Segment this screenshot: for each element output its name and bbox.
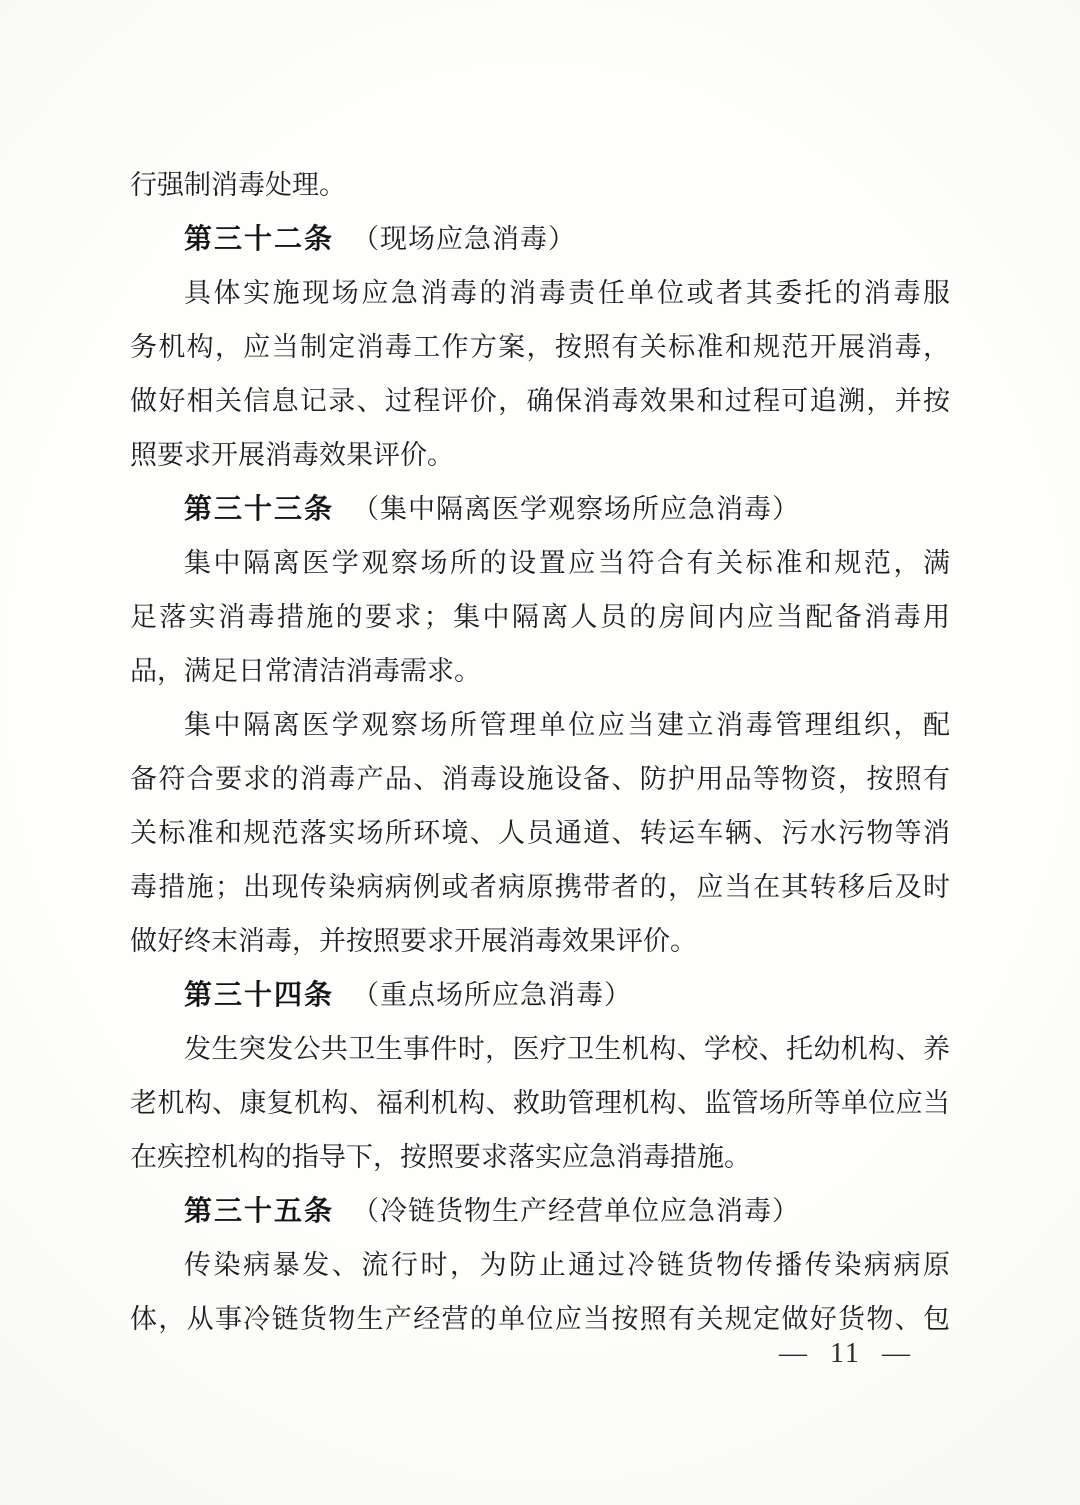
article-heading: 第三十三条（集中隔离医学观察场所应急消毒） (130, 482, 950, 536)
article-number: 第三十三条 (184, 493, 334, 524)
article-title: （重点场所应急消毒） (352, 980, 632, 1010)
article-number: 第三十四条 (184, 979, 334, 1010)
page-number: — 11 — (779, 1334, 912, 1374)
document-body: 行强制消毒处理。 第三十二条（现场应急消毒） 具体实施现场应急消毒的消毒责任单位… (130, 158, 950, 1346)
article-title: （集中隔离医学观察场所应急消毒） (352, 494, 800, 524)
paragraph-line: 足落实消毒措施的要求；集中隔离人员的房间内应当配备消毒用 (130, 590, 950, 644)
paragraph-line: 做好相关信息记录、过程评价，确保消毒效果和过程可追溯，并按 (130, 374, 950, 428)
article-title: （冷链货物生产经营单位应急消毒） (352, 1196, 800, 1226)
paragraph-line: 做好终末消毒，并按照要求开展消毒效果评价。 (130, 914, 950, 968)
article-heading: 第三十二条（现场应急消毒） (130, 212, 950, 266)
article-heading: 第三十五条（冷链货物生产经营单位应急消毒） (130, 1184, 950, 1238)
document-page: 行强制消毒处理。 第三十二条（现场应急消毒） 具体实施现场应急消毒的消毒责任单位… (0, 0, 1080, 1505)
article-number: 第三十五条 (184, 1195, 334, 1226)
paragraph-line: 具体实施现场应急消毒的消毒责任单位或者其委托的消毒服 (130, 266, 950, 320)
paragraph-line: 备符合要求的消毒产品、消毒设施设备、防护用品等物资，按照有 (130, 752, 950, 806)
paragraph-line: 传染病暴发、流行时，为防止通过冷链货物传播传染病病原 (130, 1238, 950, 1292)
paragraph-line: 关标准和规范落实场所环境、人员通道、转运车辆、污水污物等消 (130, 806, 950, 860)
article-heading: 第三十四条（重点场所应急消毒） (130, 968, 950, 1022)
paragraph-line: 照要求开展消毒效果评价。 (130, 428, 950, 482)
paragraph-line: 毒措施；出现传染病病例或者病原携带者的，应当在其转移后及时 (130, 860, 950, 914)
paragraph-line: 品，满足日常清洁消毒需求。 (130, 644, 950, 698)
paragraph-line: 在疾控机构的指导下，按照要求落实应急消毒措施。 (130, 1130, 950, 1184)
paragraph-line: 务机构，应当制定消毒工作方案，按照有关标准和规范开展消毒， (130, 320, 950, 374)
article-number: 第三十二条 (184, 223, 334, 254)
article-title: （现场应急消毒） (352, 224, 576, 254)
paragraph-line: 集中隔离医学观察场所管理单位应当建立消毒管理组织，配 (130, 698, 950, 752)
paragraph-line: 老机构、康复机构、福利机构、救助管理机构、监管场所等单位应当 (130, 1076, 950, 1130)
paragraph-line: 行强制消毒处理。 (130, 158, 950, 212)
paragraph-line: 集中隔离医学观察场所的设置应当符合有关标准和规范，满 (130, 536, 950, 590)
paragraph-line: 发生突发公共卫生事件时，医疗卫生机构、学校、托幼机构、养 (130, 1022, 950, 1076)
